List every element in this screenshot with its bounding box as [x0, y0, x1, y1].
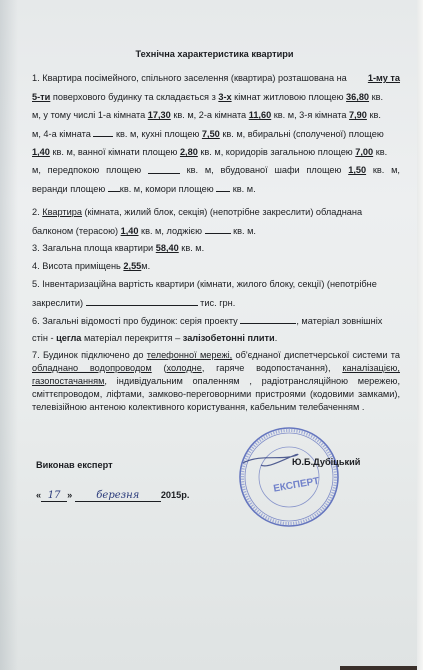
room3-area-value: 7,90	[349, 110, 367, 120]
blank-field	[148, 165, 180, 174]
text: , матеріал зовнішніх	[296, 316, 382, 326]
phone-network-value: телефонної мережі,	[147, 350, 232, 360]
text: стін -	[32, 333, 56, 343]
text: площею	[106, 165, 141, 175]
cold-water-value: холодне	[167, 363, 202, 373]
toilet-area-value: 1,40	[32, 147, 50, 157]
text: 6. Загальні відомості про будинок: серія…	[32, 316, 240, 326]
expert-name: Ю.Б.Дубіцький	[292, 457, 360, 467]
text: , гаряче водопостачання),	[202, 363, 342, 373]
item-5-line-1: 5. Інвентаризаційна вартість квартири (к…	[32, 279, 400, 289]
blank-field	[216, 183, 230, 192]
text: м, у тому числі 1-а кімната	[32, 110, 148, 120]
text: »	[67, 490, 72, 500]
text: 1. Квартира посімейного, спільного засел…	[32, 73, 347, 83]
building-floors-value: 5-ти	[32, 92, 50, 102]
text: тис. грн.	[198, 298, 236, 308]
svg-text:ЕКСПЕРТ: ЕКСПЕРТ	[273, 476, 321, 495]
text: площею	[306, 165, 341, 175]
document-title: Технічна характеристика квартири	[0, 49, 423, 59]
page-bottom-edge	[340, 666, 423, 670]
item-2-line-2: балконом (терасою) 1,40 кв. м, лоджією к…	[32, 225, 400, 236]
text: (кімната, жилий блок, секція) (непотрібн…	[82, 207, 362, 217]
text: кв. м.	[230, 184, 255, 194]
text: м,	[391, 165, 400, 175]
page-shadow	[0, 0, 18, 670]
text: шафи	[274, 165, 299, 175]
sewer-value: каналізацією,	[342, 363, 400, 373]
floor-material-value: залізобетонні плити	[183, 333, 275, 343]
item-1-line-2: 5-ти поверхового будинку та складається …	[32, 92, 400, 102]
item-1-line-7: веранди площею кв. м, комори площею кв. …	[32, 183, 400, 194]
wall-material-value: цегла	[56, 333, 81, 343]
text: 2.	[32, 207, 42, 217]
rooms-count-value: 3-х	[218, 92, 231, 102]
text: закреслити)	[32, 298, 86, 308]
room2-area-value: 11,60	[249, 110, 271, 120]
day-field: 17	[41, 490, 67, 502]
balcony-area-value: 1,40	[121, 226, 139, 236]
text: (	[152, 363, 167, 373]
item-4: 4. Висота приміщень 2,55м.	[32, 261, 400, 271]
item-2-line-1: 2. Квартира (кімната, жилий блок, секція…	[32, 207, 400, 217]
text: кв.	[367, 110, 381, 120]
text: кв.	[373, 165, 384, 175]
text: кв. м, 2-а кімната	[171, 110, 249, 120]
performed-by-label: Виконав експерт	[36, 460, 113, 470]
text: об'єднаної диспетчерської системи та	[232, 350, 400, 360]
text: кв.	[187, 165, 198, 175]
kitchen-area-value: 7,50	[202, 129, 220, 139]
signature-date: «17» березня2015р.	[36, 490, 189, 502]
text: кв. м, коридорів загальною площею	[198, 147, 355, 157]
text: м.	[141, 261, 150, 271]
ceiling-height-value: 2,55	[123, 261, 141, 271]
text: вбудованої	[220, 165, 267, 175]
water-supply-value: обладнано водопроводом	[32, 363, 152, 373]
month-value: березня	[96, 490, 139, 501]
text: поверхового будинку та складається з	[50, 92, 218, 102]
living-area-value: 36,80	[346, 92, 369, 102]
blank-field	[108, 183, 120, 192]
blank-field	[240, 315, 296, 324]
floor-value: 1-му та	[368, 73, 400, 83]
text: м, 4-а кімната	[32, 129, 93, 139]
text: .	[275, 333, 278, 343]
item-5-line-2: закреслити) тис. грн.	[32, 297, 400, 308]
apartment-type-value: Квартира	[42, 207, 82, 217]
item-1-line-6: м, передпокою площею кв. м, вбудованої ш…	[32, 165, 400, 175]
day-value: 17	[48, 490, 61, 501]
text: кв. м, вбиральні (сполученої) площею	[220, 129, 384, 139]
text: кв. м, кухні площею	[113, 129, 202, 139]
item-1-line-5: 1,40 кв. м, ванної кімнати площею 2,80 к…	[32, 147, 400, 157]
item-7: 7. Будинок підключено до телефонної мере…	[32, 349, 400, 414]
corridors-area-value: 7,00	[355, 147, 373, 157]
wardrobe-area-value: 1,50	[348, 165, 366, 175]
item-6-line-2: стін - цегла матеріал перекриття – заліз…	[32, 333, 400, 343]
text: веранди площею	[32, 184, 108, 194]
blank-field	[93, 128, 113, 137]
text: 7. Будинок підключено до	[32, 350, 147, 360]
text: матеріал перекриття –	[81, 333, 182, 343]
text: м,	[32, 165, 41, 175]
gas-supply-value: газопостачанням	[32, 376, 104, 386]
text: 2015р.	[161, 490, 190, 500]
item-1-line-3: м, у тому числі 1-а кімната 17,30 кв. м,…	[32, 110, 400, 120]
text: балконом (терасою)	[32, 226, 121, 236]
text: м,	[205, 165, 214, 175]
text: кв.	[373, 147, 387, 157]
text: кв. м, комори площею	[120, 184, 216, 194]
item-6-line-1: 6. Загальні відомості про будинок: серія…	[32, 315, 400, 326]
text: 3. Загальна площа квартири	[32, 243, 156, 253]
text: кв. м.	[179, 243, 204, 253]
official-stamp-icon: ЕКСПЕРТ	[237, 425, 341, 529]
total-area-value: 58,40	[156, 243, 179, 253]
text: 5. Інвентаризаційна вартість квартири (к…	[32, 279, 377, 289]
text: кв. м, лоджією	[139, 226, 205, 236]
text: кімнат житловою площею	[232, 92, 346, 102]
item-1-line-4: м, 4-а кімната кв. м, кухні площею 7,50 …	[32, 128, 400, 139]
room1-area-value: 17,30	[148, 110, 171, 120]
text: кв. м.	[231, 226, 256, 236]
blank-field	[205, 225, 231, 234]
text: кв. м, ванної кімнати площею	[50, 147, 180, 157]
bathroom-area-value: 2,80	[180, 147, 198, 157]
document-page: Технічна характеристика квартири 1. Квар…	[0, 0, 423, 670]
month-field: березня	[75, 490, 161, 502]
text: 4. Висота приміщень	[32, 261, 123, 271]
blank-field	[86, 297, 198, 306]
text: кв.	[369, 92, 383, 102]
text: кв. м, 3-я кімната	[271, 110, 349, 120]
item-1-line-1: 1. Квартира посімейного, спільного засел…	[32, 73, 400, 83]
item-3: 3. Загальна площа квартири 58,40 кв. м.	[32, 243, 400, 253]
text: передпокою	[48, 165, 100, 175]
